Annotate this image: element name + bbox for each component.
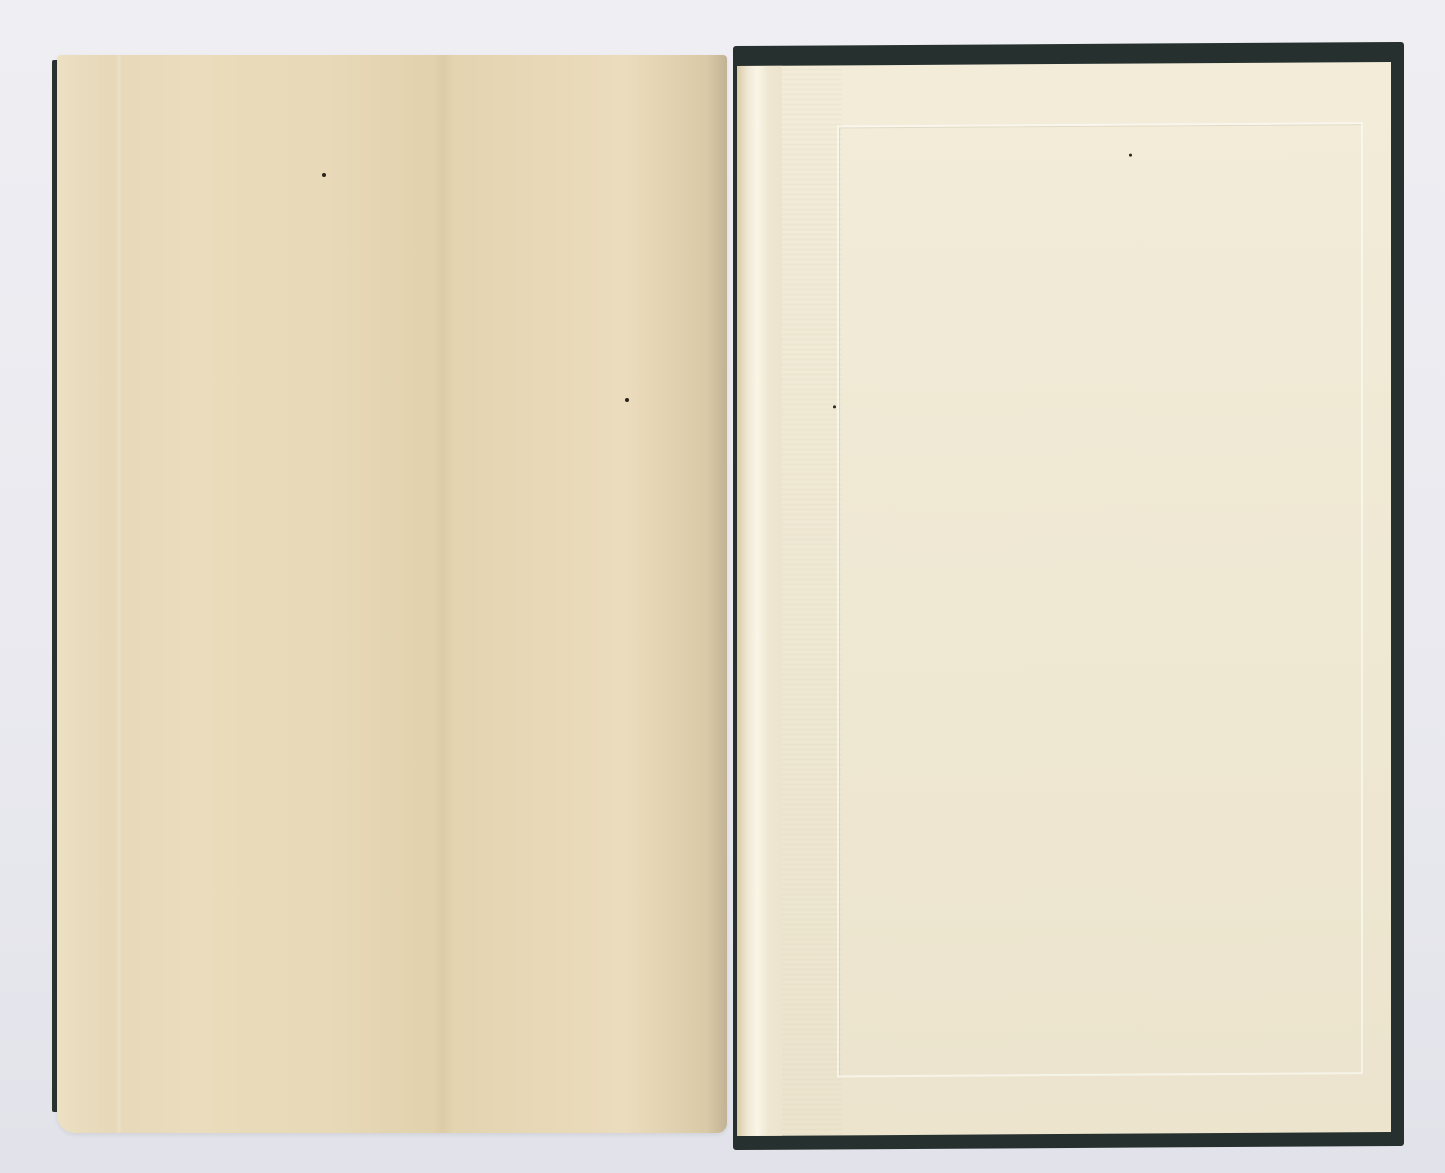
cloth-turn-in-outline bbox=[837, 122, 1363, 1077]
torn-hinge bbox=[737, 66, 782, 1136]
hinge-mull-strip bbox=[782, 65, 842, 1135]
book-photo-scene bbox=[0, 0, 1445, 1173]
paper-speck bbox=[322, 173, 326, 177]
paper-speck bbox=[833, 405, 836, 408]
page-crease bbox=[115, 55, 123, 1133]
paper-speck bbox=[1129, 154, 1132, 157]
page-fold-shadow bbox=[432, 55, 454, 1133]
left-flyleaf-page bbox=[57, 55, 727, 1133]
endpaper-pastedown bbox=[737, 62, 1391, 1136]
paper-speck bbox=[625, 398, 629, 402]
